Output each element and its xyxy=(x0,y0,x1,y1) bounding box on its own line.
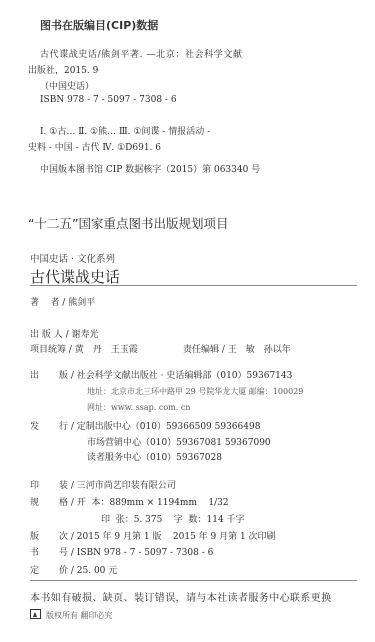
cip-isbn: ISBN 978 - 7 - 5097 - 7308 - 6 xyxy=(40,95,177,105)
coordinator-line: 项目统筹 / 黄 丹 王玉霞 xyxy=(30,342,138,355)
price-label: 定 价 / xyxy=(30,566,77,576)
format-value: 开 本：889mm × 1194mm 1/32 xyxy=(77,498,229,508)
edition-line: 版 次 / 2015 年 9 月第 1 版 2015 年 9 月第 1 次印刷 xyxy=(30,529,276,542)
format-label: 规 格 / xyxy=(30,498,77,508)
publisher-logo-icon xyxy=(30,609,41,619)
damage-notice: 本书如有破损、缺页、装订错误，请与本社读者服务中心联系更换 xyxy=(30,589,332,604)
price-line: 定 价 / 25. 00 元 xyxy=(30,563,117,576)
publisher-website: 网址：www. ssap. com. cn xyxy=(87,402,190,413)
editor-names: 王 敏 孙以年 xyxy=(228,345,291,355)
distribution-reader-service: 读者服务中心（010）59367028 xyxy=(87,450,222,463)
distribution-label: 发 行 / xyxy=(30,422,77,432)
isbn-value: ISBN 978 - 7 - 5097 - 7308 - 6 xyxy=(77,548,214,558)
copyright-text: 版权所有 翻印必究 xyxy=(46,611,113,620)
isbn-label: 书 号 / xyxy=(30,548,77,558)
coordinator-label: 项目统筹 / xyxy=(30,345,75,355)
coordinator-names: 黄 丹 王玉霞 xyxy=(75,345,138,355)
editor-label: 责任编辑 / xyxy=(183,345,228,355)
format-line: 规 格 / 开 本：889mm × 1194mm 1/32 xyxy=(30,495,229,508)
publishing-line: 出 版 / 社会科学文献出版社 · 史话编辑部（010）59367143 xyxy=(30,368,292,381)
distribution-line: 发 行 / 定制出版中心（010）59366509 59366498 xyxy=(30,419,260,432)
printing-value: 三河市尚艺印装有限公司 xyxy=(77,481,176,491)
editor-line: 责任编辑 / 王 敏 孙以年 xyxy=(183,342,291,355)
distribution-marketing: 市场营销中心（010）59367081 59367090 xyxy=(87,435,271,448)
publisher-person-label: 出 版 人 / xyxy=(30,330,71,340)
cip-heading: 图书在版编目(CIP)数据 xyxy=(40,17,158,33)
cip-classification-1: Ⅰ. ①古… Ⅱ. ①熊… Ⅲ. ①间谍 - 情报活动 - xyxy=(40,124,210,137)
cip-line-3: （中国史话） xyxy=(40,79,94,92)
publishing-label: 出 版 / xyxy=(30,371,77,381)
sheets-wordcount: 印 张：5. 375 字 数：114 千字 xyxy=(101,512,245,525)
cip-line-2: 出版社，2015. 9 xyxy=(28,63,98,76)
cip-line-1: 古代谍战史话/熊剑平著. —北京：社会科学文献 xyxy=(40,47,243,60)
author-name: 熊剑平 xyxy=(68,298,95,308)
printing-label: 印 装 / xyxy=(30,481,77,491)
edition-label: 版 次 / xyxy=(30,532,77,542)
book-title: 古代谍战史话 xyxy=(30,266,120,287)
publisher-person-name: 谢寿光 xyxy=(71,330,98,340)
cip-classification-2: 史料 - 中国 - 古代 Ⅳ. ①D691. 6 xyxy=(28,140,161,153)
publisher-person-line: 出 版 人 / 谢寿光 xyxy=(30,327,99,340)
author-label: 著 者 / xyxy=(30,298,68,308)
distribution-custom: 定制出版中心（010）59366509 59366498 xyxy=(77,422,261,432)
publishing-value: 社会科学文献出版社 · 史话编辑部（010）59367143 xyxy=(77,371,293,381)
author-line: 著 者 / 熊剑平 xyxy=(30,295,95,308)
edition-value: 2015 年 9 月第 1 版 2015 年 9 月第 1 次印刷 xyxy=(77,532,276,542)
price-value: 25. 00 元 xyxy=(77,566,118,576)
footer-divider xyxy=(30,580,357,581)
cip-data-number: 中国版本图书馆 CIP 数据核字（2015）第 063340 号 xyxy=(40,162,260,175)
publisher-address: 地址：北京市北三环中路甲 29 号院华龙大厦 邮编：100029 xyxy=(87,386,303,397)
printing-line: 印 装 / 三河市尚艺印装有限公司 xyxy=(30,478,176,491)
copyright-line: 版权所有 翻印必究 xyxy=(30,609,113,621)
book-series: 中国史话 · 文化系列 xyxy=(30,251,115,265)
isbn-line: 书 号 / ISBN 978 - 7 - 5097 - 7308 - 6 xyxy=(30,545,213,558)
title-divider xyxy=(30,285,357,286)
plan-project-heading: “十二五”国家重点图书出版规划项目 xyxy=(28,214,228,232)
